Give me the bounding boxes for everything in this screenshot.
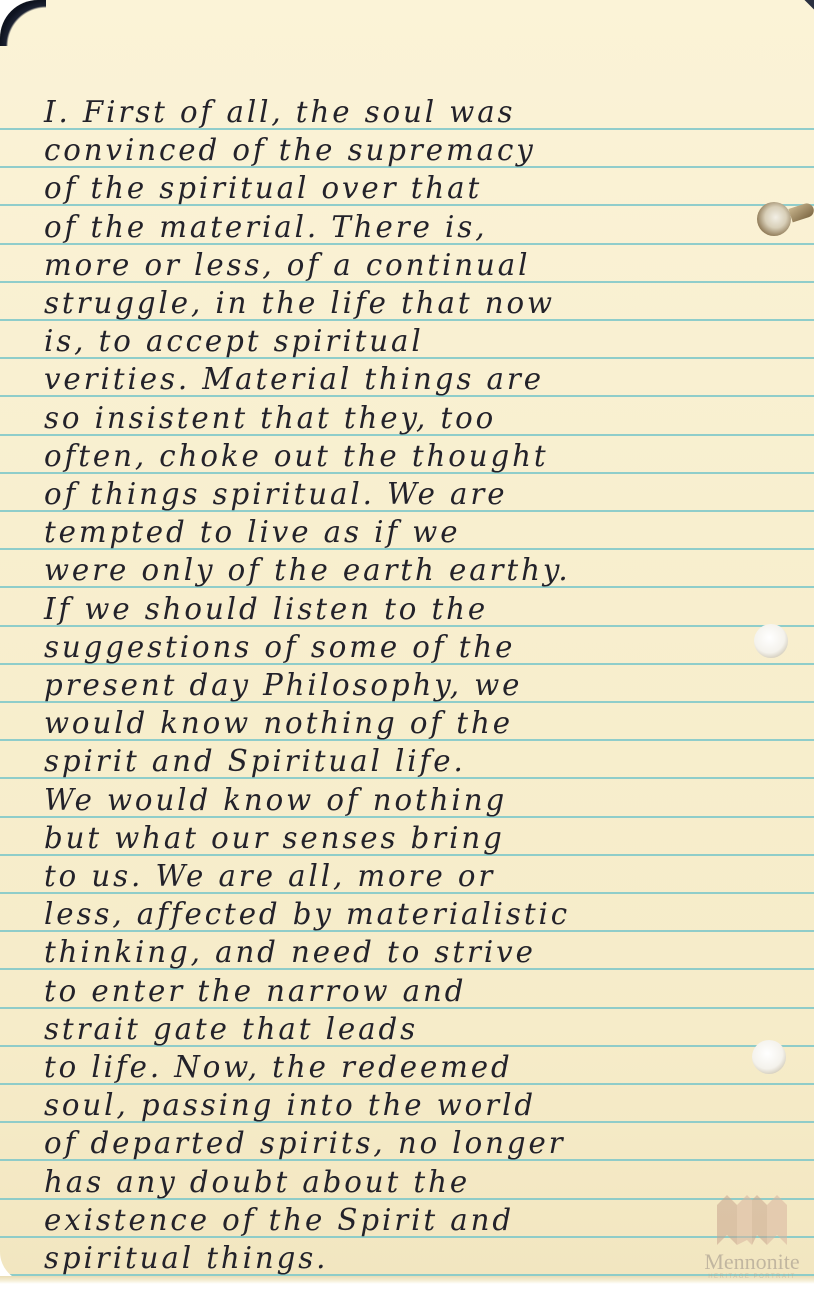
mennonite-logo-icon — [717, 1195, 787, 1245]
page-corner-shadow — [0, 0, 46, 46]
handwritten-line: existence of the Spirit and — [44, 1204, 784, 1238]
handwritten-line: would know nothing of the — [44, 707, 784, 741]
handwritten-line: thinking, and need to strive — [44, 936, 784, 970]
handwritten-line: tempted to live as if we — [44, 516, 784, 550]
handwritten-line: of the spiritual over that — [44, 172, 784, 206]
handwritten-line: more or less, of a continual — [44, 249, 784, 283]
binder-hole — [752, 1040, 786, 1074]
handwritten-line: I. First of all, the soul was — [44, 96, 784, 130]
mennonite-heritage-watermark: Mennonite HERITAGE PORTRAIT — [690, 1195, 814, 1285]
handwritten-line: spirit and Spiritual life. — [44, 745, 784, 779]
handwritten-line: convinced of the supremacy — [44, 134, 784, 168]
handwritten-line: to enter the narrow and — [44, 975, 784, 1009]
handwritten-line: so insistent that they, too — [44, 402, 784, 436]
binder-hole — [754, 624, 788, 658]
watermark-title: Mennonite — [690, 1251, 814, 1273]
handwritten-line: soul, passing into the world — [44, 1089, 784, 1123]
handwritten-line: to life. Now, the redeemed — [44, 1051, 784, 1085]
handwritten-line: verities. Material things are — [44, 363, 784, 397]
handwritten-line: less, affected by materialistic — [44, 898, 784, 932]
handwritten-line: is, to accept spiritual — [44, 325, 784, 359]
handwritten-line: of the material. There is, — [44, 211, 784, 245]
handwritten-line: present day Philosophy, we — [44, 669, 784, 703]
handwritten-line: spiritual things. — [44, 1242, 784, 1276]
handwritten-line: suggestions of some of the — [44, 631, 784, 665]
handwritten-line: struggle, in the life that now — [44, 287, 784, 321]
handwritten-line: We would know of nothing — [44, 784, 784, 818]
binder-hole-torn — [757, 202, 791, 236]
handwritten-line: often, choke out the thought — [44, 440, 784, 474]
handwritten-line: were only of the earth earthy. — [44, 554, 784, 588]
handwritten-line: of things spiritual. We are — [44, 478, 784, 512]
handwritten-line: strait gate that leads — [44, 1013, 784, 1047]
watermark-subtitle: HERITAGE PORTRAIT — [690, 1273, 814, 1281]
handwritten-line: has any doubt about the — [44, 1166, 784, 1200]
handwritten-line: If we should listen to the — [44, 593, 784, 627]
notebook-page: I. First of all, the soul wasconvinced o… — [0, 0, 814, 1282]
handwritten-line: of departed spirits, no longer — [44, 1127, 784, 1161]
page-corner-top-right — [804, 0, 814, 10]
handwritten-line: to us. We are all, more or — [44, 860, 784, 894]
handwritten-line: but what our senses bring — [44, 822, 784, 856]
